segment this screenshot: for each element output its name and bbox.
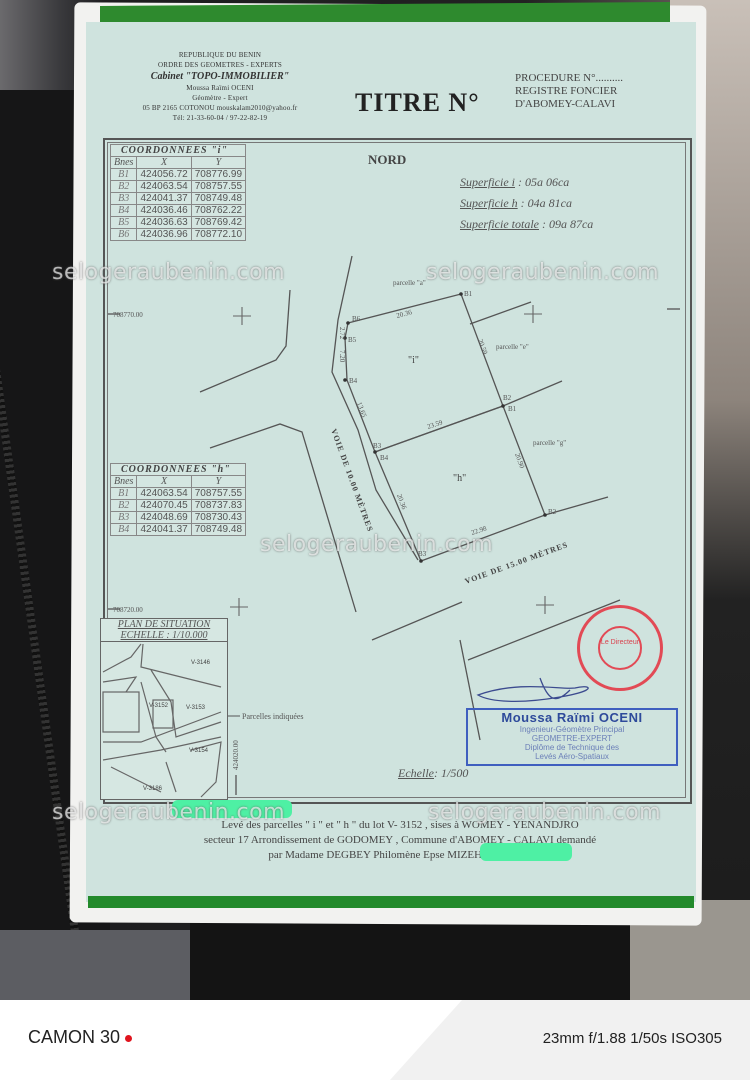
- watermark: selogeraubenin.com: [260, 532, 493, 557]
- camera-exif: 23mm f/1.88 1/50s ISO305: [543, 1030, 722, 1047]
- camera-brand: CAMON 30: [28, 1027, 132, 1048]
- watermark: selogeraubenin.com: [52, 800, 285, 825]
- watermark: selogeraubenin.com: [428, 800, 661, 825]
- brand-dot-icon: [125, 1035, 132, 1042]
- watermark: selogeraubenin.com: [52, 260, 285, 285]
- geometer-stamp: Moussa Raïmi OCENI Ingenieur-Géomètre Pr…: [466, 708, 678, 766]
- photo-background: REPUBLIQUE DU BENIN ORDRE DES GEOMETRES …: [0, 0, 750, 1000]
- watermark: selogeraubenin.com: [426, 260, 659, 285]
- redaction-mark: [480, 843, 572, 861]
